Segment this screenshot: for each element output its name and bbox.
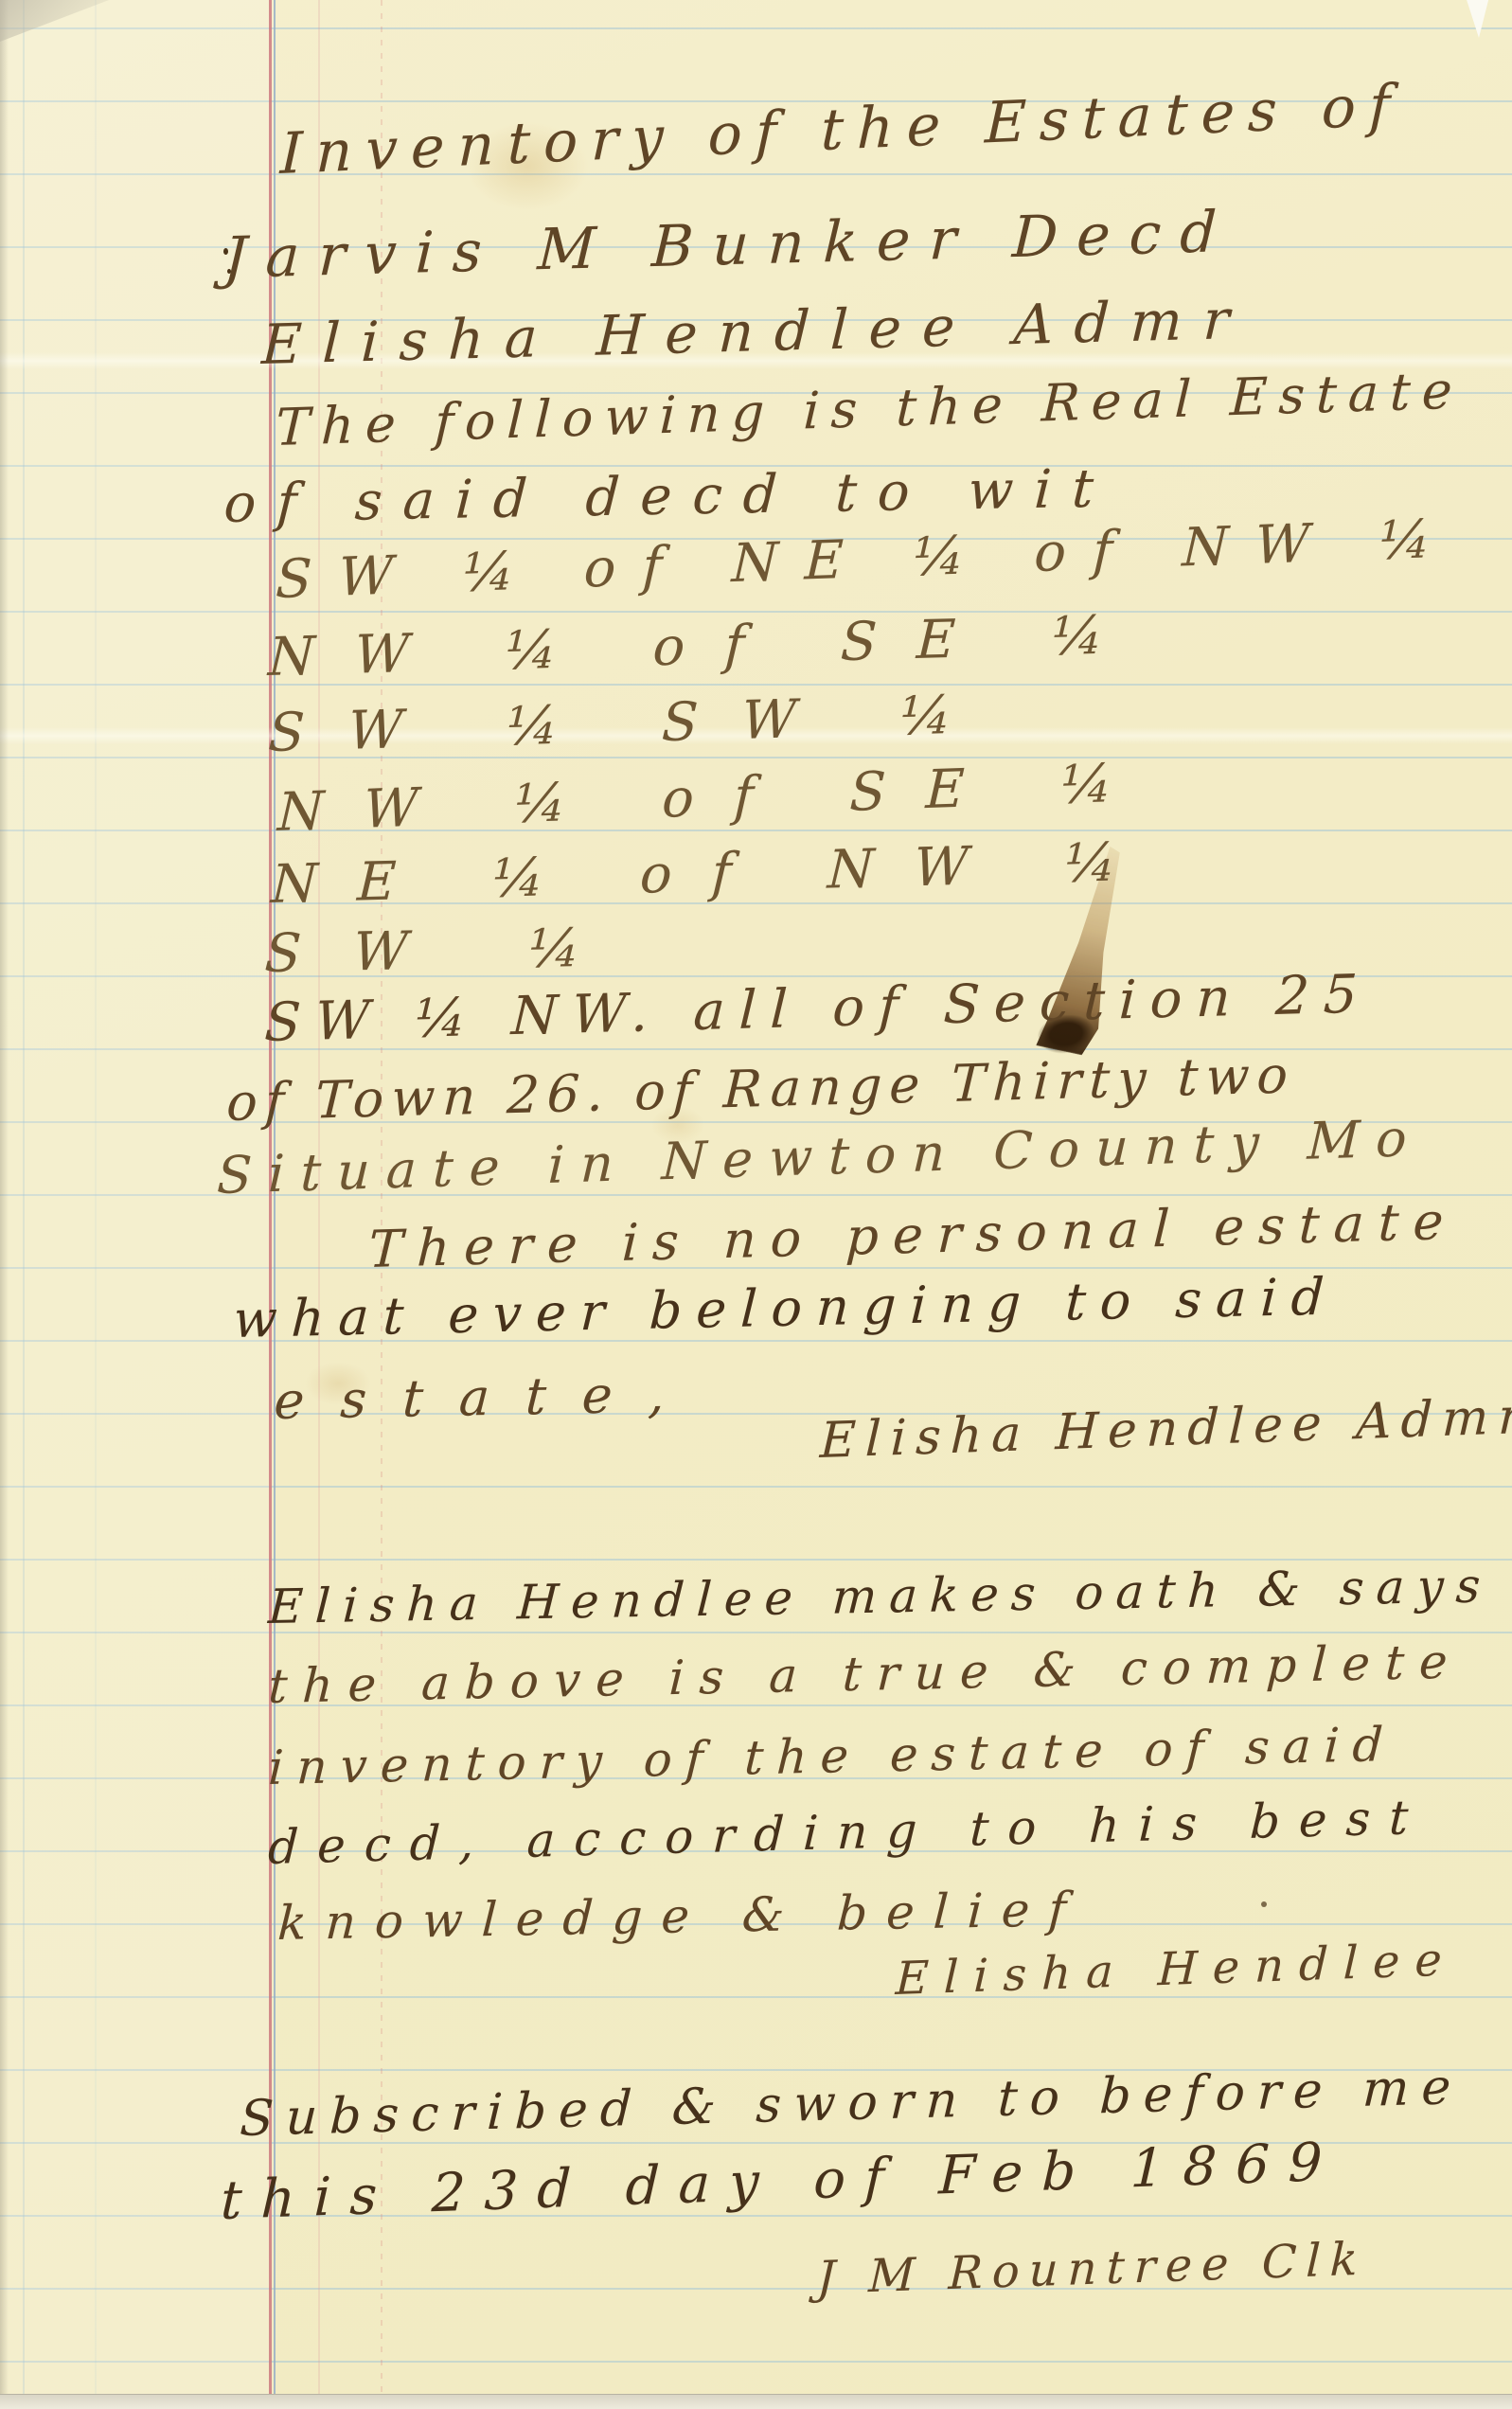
- land-description-line: SW ¼ SW ¼: [267, 684, 996, 764]
- handwritten-line: Elisha Hendlee Admr: [260, 287, 1252, 377]
- land-description-line: NE ¼ of NW ¼: [270, 830, 1157, 916]
- paper-corner-notch: [1457, 0, 1501, 38]
- handwritten-line: estate,: [273, 1364, 703, 1431]
- handwritten-line: The following is the Real Estate: [275, 360, 1465, 457]
- paper-corner-tear: [0, 0, 109, 42]
- handwritten-line: Jarvis M Bunker Decd: [222, 199, 1236, 292]
- land-description-line: NW ¼ of SE ¼: [267, 604, 1145, 688]
- ink-speck: [1261, 1901, 1267, 1907]
- paper-left-edge: [0, 0, 9, 2409]
- oath-line: knowledge & belief: [276, 1882, 1086, 1951]
- land-description-line: NW ¼ of SE ¼: [276, 752, 1153, 844]
- oath-line: Elisha Hendlee makes oath & says: [267, 1558, 1494, 1634]
- handwritten-line: of said decd to wit: [222, 458, 1116, 535]
- attestation-date-line: this 23d day of Feb 1869: [220, 2132, 1342, 2232]
- inventory-heading: Inventory of the Estates of: [279, 72, 1404, 187]
- signature-elisha-hendlee: Elisha Hendlee: [895, 1933, 1458, 2006]
- signature-elisha-hendlee-admr: Elisha Hendlee Admr: [819, 1388, 1512, 1470]
- ledger-page: Inventory of the Estates of Jarvis M Bun…: [0, 0, 1512, 2409]
- land-description-line: SW ¼: [263, 917, 633, 985]
- signature-clerk: J M Rountree Clk: [816, 2233, 1368, 2305]
- handwritten-line: what ever belonging to said: [232, 1266, 1340, 1349]
- handwritten-line: There is no personal estate: [367, 1191, 1459, 1279]
- faint-column-rule: [95, 0, 97, 2409]
- oath-line: decd, according to his best: [267, 1790, 1429, 1875]
- faint-column-rule: [23, 0, 25, 2409]
- paper-bottom-edge: [0, 2394, 1512, 2409]
- oath-line: inventory of the estate of said: [267, 1717, 1397, 1795]
- oath-line: the above is a true & complete: [267, 1634, 1464, 1714]
